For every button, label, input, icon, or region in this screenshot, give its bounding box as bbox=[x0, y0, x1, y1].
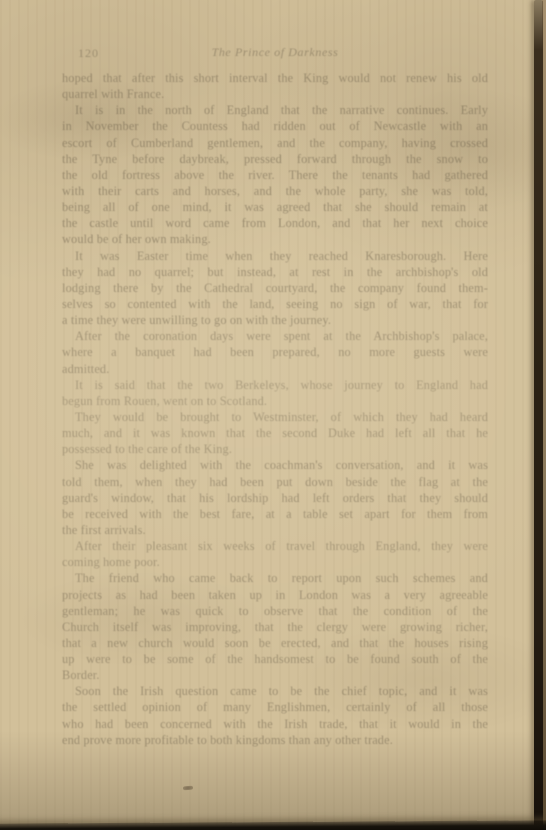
text-line: selves so contented with the land, seein… bbox=[62, 296, 488, 312]
text-line: begun from Rouen, went on to Scotland. bbox=[62, 393, 488, 409]
text-line: The friend who came back to report upon … bbox=[62, 570, 488, 586]
paragraph: Soon the Irish question came to be the c… bbox=[62, 683, 488, 748]
text-line: where a banquet had been prepared, no mo… bbox=[62, 344, 488, 360]
text-line: much, and it was known that the second D… bbox=[62, 425, 488, 441]
text-line: be received with the best fare, at a tab… bbox=[62, 506, 488, 522]
text-line: Border. bbox=[62, 667, 488, 683]
text-line: coming home poor. bbox=[62, 554, 488, 570]
text-line: escort of Cumberland gentlemen, and the … bbox=[62, 135, 488, 151]
text-line: in November the Countess had ridden out … bbox=[62, 118, 488, 134]
body-text-block: hoped that after this short interval the… bbox=[62, 70, 488, 748]
text-line: the Tyne before daybreak, pressed forwar… bbox=[62, 151, 488, 167]
text-line: who had been concerned with the Irish tr… bbox=[62, 716, 488, 732]
paragraph: hoped that after this short interval the… bbox=[62, 70, 488, 102]
scanned-page: 120 The Prince of Darkness hoped that af… bbox=[0, 0, 546, 830]
text-line: She was delighted with the coachman's co… bbox=[62, 457, 488, 473]
paragraph: The friend who came back to report upon … bbox=[62, 570, 488, 683]
text-line: would be of her own making. bbox=[62, 231, 488, 247]
text-line: quarrel with France. bbox=[62, 86, 488, 102]
text-line: Soon the Irish question came to be the c… bbox=[62, 683, 488, 699]
paragraph: She was delighted with the coachman's co… bbox=[62, 457, 488, 538]
text-line: gentleman; he was quick to observe that … bbox=[62, 603, 488, 619]
paragraph: It is in the north of England that the n… bbox=[62, 102, 488, 247]
text-line: It is in the north of England that the n… bbox=[62, 102, 488, 118]
text-line: hoped that after this short interval the… bbox=[62, 70, 488, 86]
paragraph: It is said that the two Berkeleys, whose… bbox=[62, 377, 488, 409]
text-line: a time they were unwilling to go on with… bbox=[62, 312, 488, 328]
paragraph: They would be brought to Westminster, of… bbox=[62, 409, 488, 457]
text-line: being all of one mind, it was agreed tha… bbox=[62, 199, 488, 215]
text-line: with their carts and horses, and the who… bbox=[62, 183, 488, 199]
text-line: end prove more profitable to both kingdo… bbox=[62, 732, 488, 748]
running-head: 120 The Prince of Darkness bbox=[62, 45, 488, 61]
text-line: the castle until word came from London, … bbox=[62, 215, 488, 231]
page-edge-shadow bbox=[534, 0, 543, 830]
bottom-shadow bbox=[0, 820, 546, 830]
text-line: admitted. bbox=[62, 361, 488, 377]
text-line: guard's window, that his lordship had le… bbox=[62, 490, 488, 506]
text-line: possessed to the care of the King. bbox=[62, 441, 488, 457]
text-line: After the coronation days were spent at … bbox=[62, 328, 488, 344]
paragraph: It was Easter time when they reached Kna… bbox=[62, 248, 488, 329]
text-line: It is said that the two Berkeleys, whose… bbox=[62, 377, 488, 393]
paragraph: After their pleasant six weeks of travel… bbox=[62, 538, 488, 570]
text-line: It was Easter time when they reached Kna… bbox=[62, 248, 488, 264]
text-line: the settled opinion of many Englishmen, … bbox=[62, 699, 488, 715]
text-line: projects as had been taken up in London … bbox=[62, 587, 488, 603]
text-line: After their pleasant six weeks of travel… bbox=[62, 538, 488, 554]
text-line: told them, when they had been put down b… bbox=[62, 474, 488, 490]
running-title: The Prince of Darkness bbox=[62, 45, 488, 60]
text-line: the old fortress above the river. There … bbox=[62, 167, 488, 183]
printer-mark bbox=[183, 786, 193, 791]
text-line: Church itself was improving, that the cl… bbox=[62, 619, 488, 635]
text-line: that a new church would soon be erected,… bbox=[62, 635, 488, 651]
text-line: the first arrivals. bbox=[62, 522, 488, 538]
text-line: up were to be some of the handsomest to … bbox=[62, 651, 488, 667]
text-line: they had no quarrel; but instead, at res… bbox=[62, 264, 488, 280]
paragraph: After the coronation days were spent at … bbox=[62, 328, 488, 376]
text-line: lodging there by the Cathedral courtyard… bbox=[62, 280, 488, 296]
text-line: They would be brought to Westminster, of… bbox=[62, 409, 488, 425]
